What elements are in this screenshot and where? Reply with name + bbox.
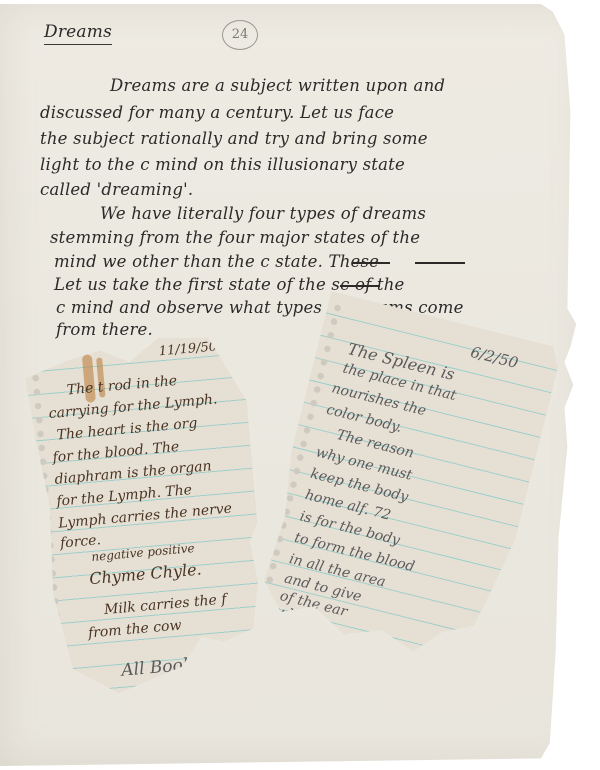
page-number: 24 — [222, 20, 258, 50]
text-line: stemming from the four major states of t… — [50, 228, 420, 247]
text-line: discussed for many a century. Let us fac… — [40, 103, 394, 122]
text-line: the subject rationally and try and bring… — [40, 129, 428, 148]
text-line: mind we other than the c state. These — [54, 252, 379, 271]
text-line: from there. — [56, 320, 153, 339]
text-line: We have literally four types of dreams — [100, 204, 426, 223]
note-line: from the cow — [87, 617, 182, 641]
note-date: 6/2/50 — [469, 343, 520, 372]
document-title: Dreams — [44, 22, 112, 45]
note-line: Milk carries the f — [103, 591, 227, 618]
note-line: Chyme Chyle. — [89, 559, 203, 588]
note-date: 11/19/50 — [158, 339, 217, 359]
text-line: Dreams are a subject written upon and — [110, 76, 445, 95]
strikethrough-state — [352, 262, 390, 264]
strikethrough-of-the — [340, 285, 380, 287]
strikethrough-these — [415, 262, 465, 264]
text-line: light to the c mind on this illusionary … — [40, 155, 405, 174]
text-line: called 'dreaming'. — [40, 180, 193, 199]
